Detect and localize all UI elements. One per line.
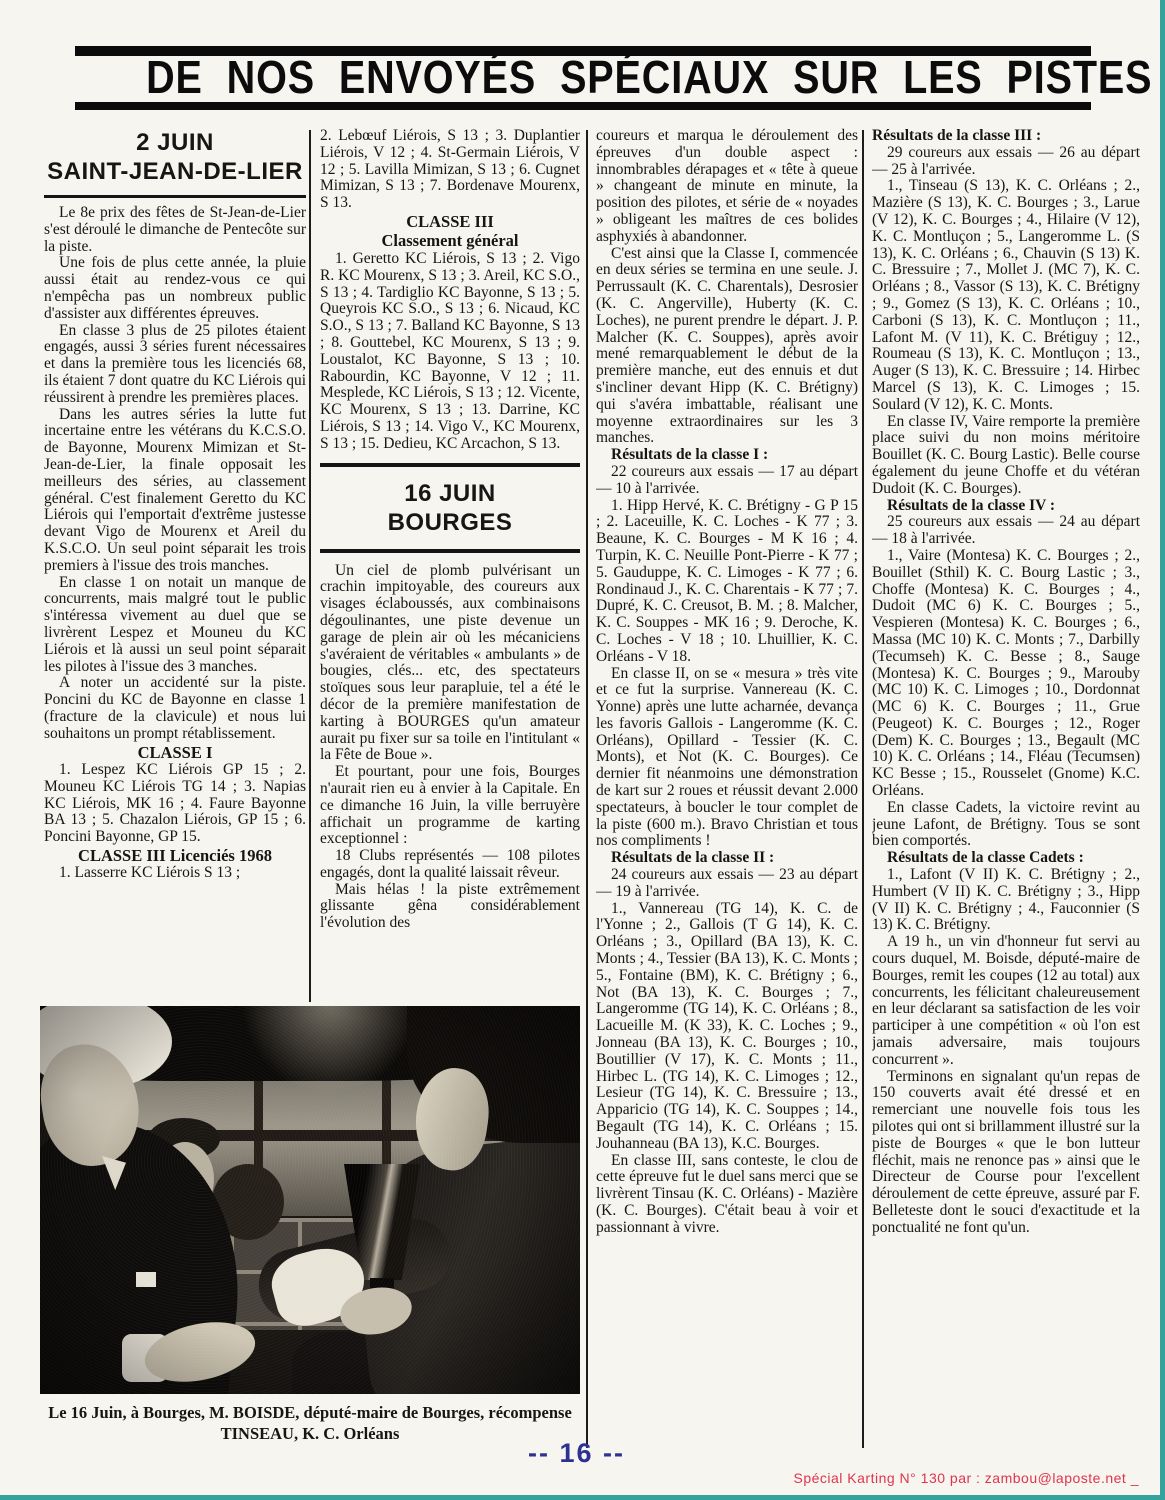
results-list: 1. Hipp Hervé, K. C. Brétigny - G P 15 ;…	[596, 498, 858, 666]
results-list: 1. Geretto KC Liérois, S 13 ; 2. Vigo R.…	[320, 251, 580, 453]
paragraph: 18 Clubs représentés — 108 pilotes engag…	[320, 848, 580, 882]
results-heading-classe4: Résultats de la classe IV :	[872, 498, 1140, 515]
results-stats: 22 coureurs aux essais — 17 au départ — …	[596, 464, 858, 498]
paragraph: Dans les autres séries la lutte fut ince…	[44, 407, 306, 575]
results-list: 1., Lafont (V II) K. C. Brétigny ; 2., H…	[872, 867, 1140, 934]
column-2: 2. Lebœuf Liérois, S 13 ; 3. Duplantier …	[320, 128, 580, 1004]
photo-vignette	[40, 1006, 580, 1394]
results-heading-classe1: Résultats de la classe I :	[596, 447, 858, 464]
results-list: 1., Tinseau (S 13), K. C. Orléans ; 2., …	[872, 178, 1140, 413]
column-divider-2	[586, 130, 588, 1448]
paragraph: En classe III, sans conteste, le clou de…	[596, 1153, 858, 1237]
heading-rule	[320, 463, 580, 467]
results-list-continuation: 2. Lebœuf Liérois, S 13 ; 3. Duplantier …	[320, 128, 580, 212]
paragraph: En classe IV, Vaire remporte la première…	[872, 414, 1140, 498]
subheading-classe3: CLASSE III	[320, 212, 580, 232]
page-title: DE NOS ENVOYÉS SPÉCIAUX SUR LES PISTES	[146, 50, 1020, 104]
paragraph: C'est ainsi que la Classe I, commencée e…	[596, 246, 858, 448]
article-place-stjean: SAINT-JEAN-DE-LIER	[44, 157, 306, 186]
photo-caption: Le 16 Juin, à Bourges, M. BOISDE, député…	[40, 1402, 580, 1444]
paragraph: Le 8e prix des fêtes de St-Jean-de-Lier …	[44, 205, 306, 255]
paragraph: En classe Cadets, la victoire revint au …	[872, 800, 1140, 850]
article-place-bourges: BOURGES	[320, 508, 580, 537]
results-heading-cadets: Résultats de la classe Cadets :	[872, 850, 1140, 867]
results-list: 1., Vannereau (TG 14), K. C. de l'Yonne …	[596, 901, 858, 1153]
results-stats: 25 coureurs aux essais — 24 au départ — …	[872, 514, 1140, 548]
paragraph: A 19 h., un vin d'honneur fut servi au c…	[872, 934, 1140, 1068]
paragraph: Une fois de plus cette année, la pluie a…	[44, 255, 306, 322]
scan-edge-bottom	[0, 1495, 1165, 1500]
column-4: Résultats de la classe III : 29 coureurs…	[872, 128, 1140, 1452]
masthead-rule-bottom	[75, 102, 1091, 110]
paragraph: En classe 3 plus de 25 pilotes étaient e…	[44, 323, 306, 407]
column-divider-3	[862, 130, 864, 1448]
page-number: -- 16 --	[528, 1438, 625, 1469]
results-list: 1., Vaire (Montesa) K. C. Bourges ; 2., …	[872, 548, 1140, 800]
scan-edge-right	[1160, 0, 1165, 1500]
column-1: 2 JUIN SAINT-JEAN-DE-LIER Le 8e prix des…	[44, 128, 306, 1004]
footer-credit: Spécial Karting N° 130 par : zambou@lapo…	[794, 1470, 1140, 1486]
results-stats: 29 coureurs aux essais — 26 au départ — …	[872, 145, 1140, 179]
trophy-presentation-photo	[40, 1006, 580, 1394]
subheading-classe1: CLASSE I	[44, 743, 306, 763]
results-heading-classe2: Résultats de la classe II :	[596, 850, 858, 867]
paragraph: En classe II, on se « mesura » très vite…	[596, 666, 858, 851]
results-list: 1. Lasserre KC Liérois S 13 ;	[44, 865, 306, 882]
article-date-bourges: 16 JUIN	[320, 479, 580, 508]
column-divider-1	[309, 130, 311, 1002]
subheading-classement-general: Classement général	[320, 231, 580, 251]
paragraph: A noter un accidenté sur la piste. Ponci…	[44, 675, 306, 742]
paragraph: Et pourtant, pour une fois, Bourges n'au…	[320, 764, 580, 848]
subheading-classe3-licencies: CLASSE III Licenciés 1968	[44, 846, 306, 866]
paragraph: Mais hélas ! la piste extrêmement glissa…	[320, 882, 580, 932]
heading-rule	[44, 195, 306, 198]
heading-rule	[320, 549, 580, 553]
newspaper-page: DE NOS ENVOYÉS SPÉCIAUX SUR LES PISTES 2…	[0, 0, 1165, 1500]
results-heading-classe3: Résultats de la classe III :	[872, 128, 1140, 145]
column-3: coureurs et marqua le déroulement des ép…	[596, 128, 858, 1452]
results-list: 1. Lespez KC Liérois GP 15 ; 2. Mouneu K…	[44, 762, 306, 846]
results-stats: 24 coureurs aux essais — 23 au départ — …	[596, 867, 858, 901]
article-heading-bourges: 16 JUIN BOURGES	[320, 463, 580, 553]
paragraph: En classe 1 on notait un manque de concu…	[44, 575, 306, 676]
paragraph: Terminons en signalant qu'un repas de 15…	[872, 1069, 1140, 1237]
article-date-stjean: 2 JUIN	[44, 128, 306, 157]
paragraph: coureurs et marqua le déroulement des ép…	[596, 128, 858, 246]
paragraph: Un ciel de plomb pulvérisant un crachin …	[320, 563, 580, 765]
